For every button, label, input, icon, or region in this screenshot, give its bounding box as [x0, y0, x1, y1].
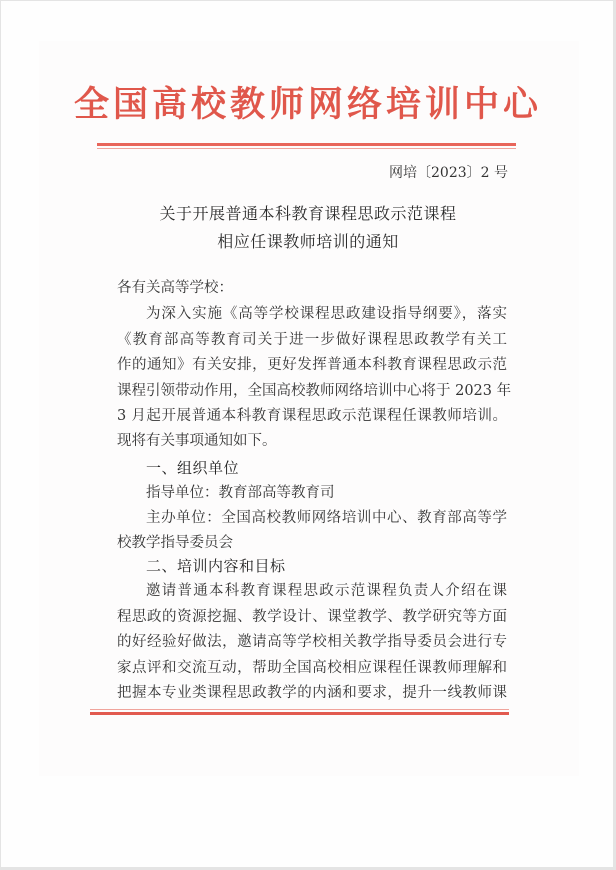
section-1-line-1: 指导单位：教育部高等教育司	[146, 483, 335, 503]
intro-line-4: 课程引领带动作用，全国高校教师网络培训中心将于 2023 年	[117, 381, 507, 401]
section-1-line-3: 校教学指导委员会	[117, 533, 233, 553]
section-2-heading: 二、培训内容和目标	[146, 556, 286, 576]
intro-line-5: 3 月起开展普通本科教育课程思政示范课程任课教师培训。	[117, 406, 507, 426]
masthead-red-rule-thin	[97, 148, 516, 149]
document-page	[1, 1, 613, 867]
document-number: 网培〔2023〕2 号	[389, 163, 508, 183]
salutation: 各有关高等学校：	[117, 278, 233, 298]
section-2-line-1: 邀请普通本科教育课程思政示范课程负责人介绍在课	[146, 581, 507, 601]
intro-line-6: 现将有关事项通知如下。	[117, 431, 277, 451]
section-1-line-2: 主办单位：全国高校教师网络培训中心、教育部高等学	[146, 508, 507, 528]
intro-line-2: 《教育部高等教育司关于进一步做好课程思政教学有关工	[117, 330, 507, 350]
section-2-line-5: 把握本专业类课程思政教学的内涵和要求，提升一线教师课	[117, 683, 507, 703]
masthead-title: 全国高校教师网络培训中心	[0, 82, 616, 128]
section-1-heading: 一、组织单位	[146, 458, 239, 478]
section-2-line-4: 家点评和交流互动，帮助全国高校相应课程任课教师理解和	[117, 658, 507, 678]
intro-line-1: 为深入实施《高等学校课程思政建设指导纲要》，落实	[146, 304, 507, 324]
footer-red-rule-thin	[90, 709, 509, 710]
notice-title-line-1: 关于开展普通本科教育课程思政示范课程	[0, 204, 616, 224]
section-2-line-3: 的好经验好做法，邀请高等学校相关教学指导委员会进行专	[117, 632, 507, 652]
section-2-line-2: 程思政的资源挖掘、教学设计、课堂教学、教学研究等方面	[117, 607, 507, 627]
masthead-red-rule-thick	[97, 143, 516, 146]
notice-title-line-2: 相应任课教师培训的通知	[0, 232, 616, 252]
footer-red-rule-thick	[90, 712, 509, 715]
intro-line-3: 作的通知》有关安排，更好发挥普通本科教育课程思政示范	[117, 355, 507, 375]
